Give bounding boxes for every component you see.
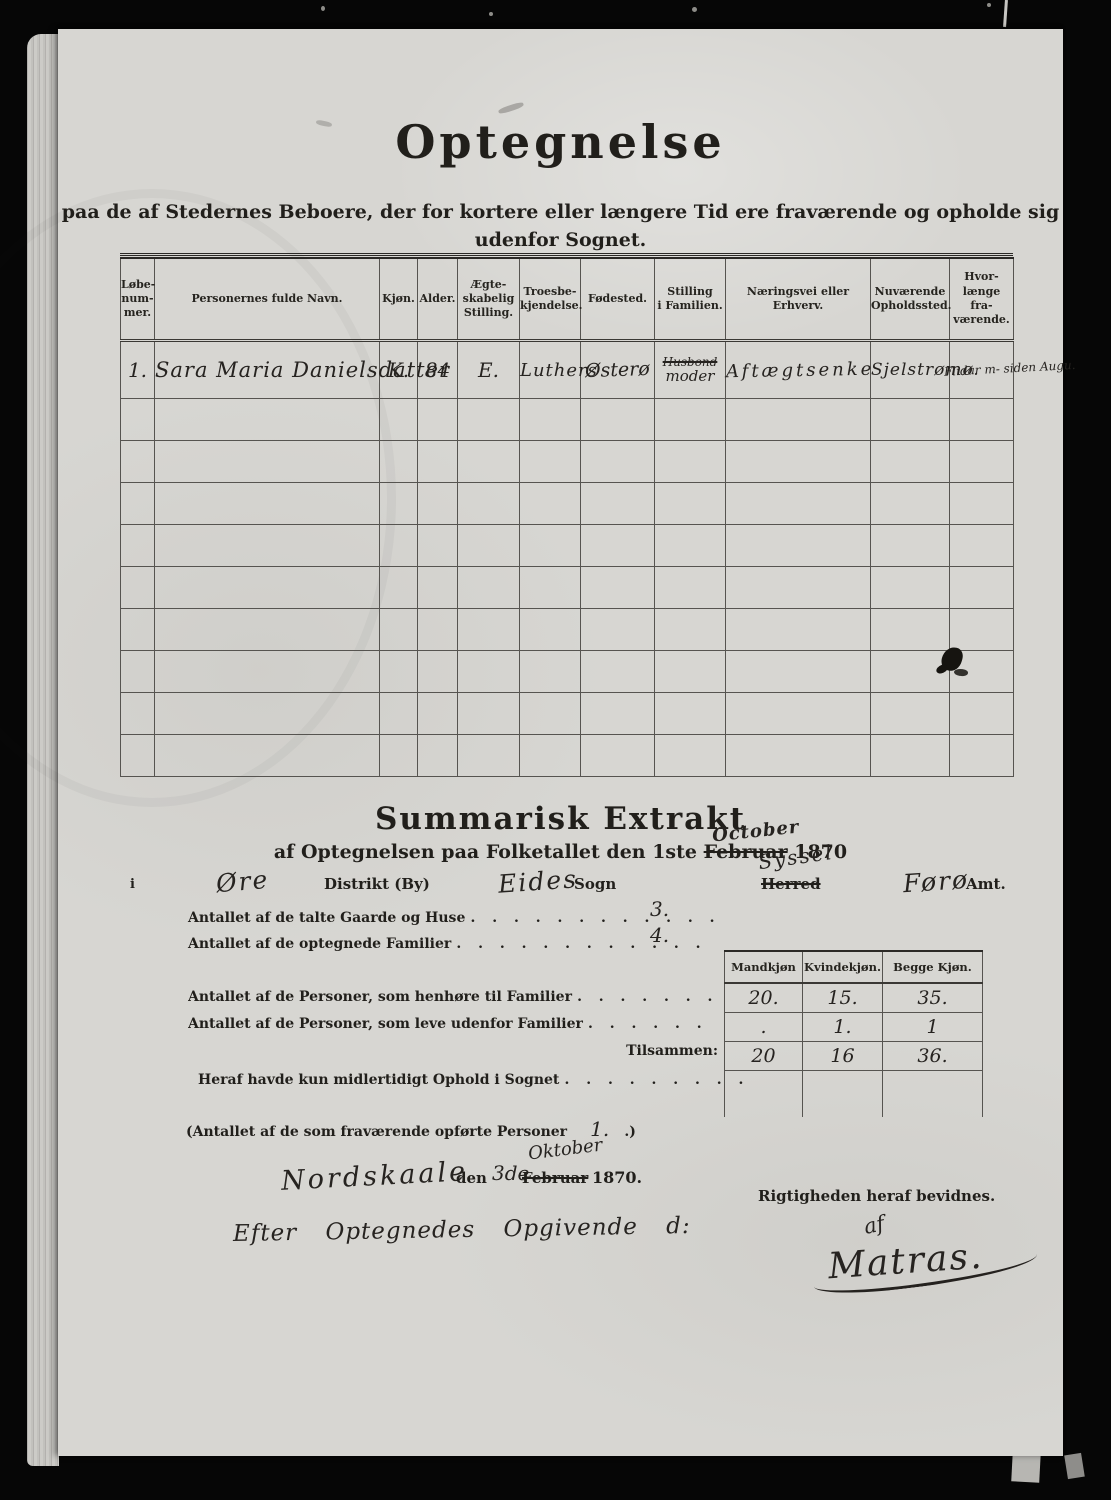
entry-absence-duration: Flidar m- siden Augu. [944, 361, 1014, 379]
cell-absence-duration: Flidar m- siden Augu. [950, 341, 1014, 399]
col-header-female: Kvindekjøn. [803, 951, 883, 983]
dot-leader: . . . . . . . . . . . . [588, 1016, 718, 1032]
empty-cell [950, 525, 1014, 567]
cell-birthplace: Østerø [581, 341, 655, 399]
in-families-line: Antallet af de Personer, som henhøre til… [188, 986, 718, 1005]
empty-cell [581, 609, 655, 651]
col-header-sex: Kjøn. [380, 258, 418, 341]
empty-cell [121, 525, 155, 567]
empty-cell [520, 609, 581, 651]
cell-number: 1. [121, 341, 155, 399]
record-table-body: 1. Sara Maria Danielsdatter K. 84 E. Lut… [121, 341, 1014, 777]
empty-row [121, 651, 1014, 693]
total-male: 20 [725, 1042, 803, 1071]
empty-cell [380, 483, 418, 525]
page-corner-tab [1011, 1451, 1041, 1482]
empty-tail-row [725, 1071, 983, 1118]
district-line: i Øre Distrikt (By) Eides Sogn Syssel He… [58, 869, 1063, 909]
empty-cell [458, 651, 520, 693]
outside-families-both: 1 [883, 1013, 983, 1042]
total-both: 36. [883, 1042, 983, 1071]
empty-cell [726, 651, 871, 693]
empty-cell [380, 441, 418, 483]
page-subtitle-line2: udenfor Sognet. [58, 229, 1063, 251]
empty-cell [520, 735, 581, 777]
dot-leader: . . . . . . . . . . . . [470, 910, 720, 926]
clerk-note: Efter Optegnedes Opgivende d: [233, 1213, 691, 1247]
col-header-occupation: Næringsvei eller Erhverv. [726, 258, 871, 341]
empty-cell [726, 693, 871, 735]
empty-cell [155, 567, 380, 609]
empty-cell [950, 735, 1014, 777]
absent-persons-line: (Antallet af de som fraværende opførte P… [186, 1117, 636, 1141]
empty-cell [458, 483, 520, 525]
registration-dot [692, 7, 697, 12]
empty-row [121, 441, 1014, 483]
total-line: Tilsammen: [488, 1040, 718, 1059]
empty-cell [950, 567, 1014, 609]
date-month-struck: Februar [522, 1169, 588, 1187]
record-table-header-row: Løbe- num- mer. Personernes fulde Navn. … [121, 258, 1014, 341]
empty-cell [380, 651, 418, 693]
amt-value: Førø [902, 865, 970, 899]
cell-occupation: Aftægtsenke [726, 341, 871, 399]
empty-cell [418, 609, 458, 651]
empty-cell [520, 651, 581, 693]
empty-cell [655, 567, 726, 609]
empty-cell [883, 1071, 983, 1118]
col-header-number: Løbe- num- mer. [121, 258, 155, 341]
sex-count-header-row: Mandkjøn Kvindekjøn. Begge Kjøn. [725, 951, 983, 983]
empty-cell [121, 399, 155, 441]
empty-cell [581, 483, 655, 525]
empty-cell [520, 525, 581, 567]
entry-birthplace: Østerø [585, 358, 650, 382]
empty-cell [581, 399, 655, 441]
families-label: Antallet af de optegnede Familier [188, 936, 451, 952]
empty-cell [121, 441, 155, 483]
date-year: 1870. [592, 1168, 642, 1187]
empty-row [121, 735, 1014, 777]
empty-cell [655, 525, 726, 567]
empty-cell [380, 399, 418, 441]
total-female: 16 [803, 1042, 883, 1071]
empty-cell [726, 483, 871, 525]
cell-name: Sara Maria Danielsdatter [155, 341, 380, 399]
col-header-age: Alder. [418, 258, 458, 341]
col-header-name: Personernes fulde Navn. [155, 258, 380, 341]
dot-leader: . . . . . . . . . . . . [577, 989, 718, 1005]
empty-cell [655, 441, 726, 483]
empty-cell [726, 735, 871, 777]
empty-cell [950, 693, 1014, 735]
sex-count-table: Mandkjøn Kvindekjøn. Begge Kjøn. 20. 15.… [724, 950, 983, 1117]
empty-cell [655, 399, 726, 441]
in-families-both: 35. [883, 983, 983, 1013]
cell-family-position: Husbond moder [655, 341, 726, 399]
empty-cell [121, 567, 155, 609]
empty-cell [871, 483, 950, 525]
empty-cell [380, 567, 418, 609]
empty-row [121, 525, 1014, 567]
empty-cell [726, 399, 871, 441]
farms-count-line: Antallet af de talte Gaarde og Huse . . … [188, 907, 721, 926]
empty-cell [380, 525, 418, 567]
col-header-birthplace: Fødested. [581, 258, 655, 341]
empty-cell [950, 441, 1014, 483]
outside-families-line: Antallet af de Personer, som leve udenfo… [188, 1013, 718, 1032]
empty-cell [871, 693, 950, 735]
empty-cell [871, 567, 950, 609]
in-families-male: 20. [725, 983, 803, 1013]
empty-cell [950, 483, 1014, 525]
registration-dot [987, 3, 991, 7]
empty-cell [950, 399, 1014, 441]
empty-cell [520, 441, 581, 483]
summary-subheading-prefix: af Optegnelsen paa Folketallet den 1ste [274, 841, 697, 863]
page-edge-streak [1003, 0, 1008, 27]
empty-cell [458, 399, 520, 441]
families-count-line: Antallet af de optegnede Familier . . . … [188, 933, 706, 952]
empty-cell [520, 483, 581, 525]
empty-cell [655, 693, 726, 735]
dot-leader: . . . . . . . . . . . . [564, 1072, 758, 1088]
empty-cell [803, 1071, 883, 1118]
empty-row [121, 483, 1014, 525]
temporary-stay-line: Heraf havde kun midlertidigt Ophold i So… [198, 1069, 758, 1088]
empty-cell [418, 483, 458, 525]
empty-cell [155, 651, 380, 693]
col-header-absence-duration: Hvor- længe fra- værende. [950, 258, 1014, 341]
total-label: Tilsammen: [626, 1043, 718, 1059]
parish-value: Eides [497, 864, 579, 899]
empty-cell [121, 651, 155, 693]
entry-age: 84 [425, 358, 450, 382]
col-header-religion: Troesbe- kjendelse. [520, 258, 581, 341]
empty-cell [581, 735, 655, 777]
record-entry-row: 1. Sara Maria Danielsdatter K. 84 E. Lut… [121, 341, 1014, 399]
herred-struck: Herred [761, 875, 821, 893]
record-table: Løbe- num- mer. Personernes fulde Navn. … [120, 257, 1014, 777]
empty-cell [726, 441, 871, 483]
empty-cell [155, 441, 380, 483]
registration-dot [321, 6, 325, 11]
empty-cell [155, 735, 380, 777]
date-label: den [456, 1169, 487, 1187]
empty-cell [458, 567, 520, 609]
empty-cell [418, 693, 458, 735]
empty-cell [581, 693, 655, 735]
empty-cell [655, 609, 726, 651]
empty-cell [155, 399, 380, 441]
record-table-wrapper: Løbe- num- mer. Personernes fulde Navn. … [120, 253, 1013, 777]
registration-dot [489, 12, 493, 16]
empty-cell [155, 483, 380, 525]
census-form-page: Optegnelse paa de af Stedernes Beboere, … [58, 29, 1063, 1456]
empty-cell [520, 693, 581, 735]
empty-cell [380, 609, 418, 651]
cell-marital: E. [458, 341, 520, 399]
empty-row [121, 399, 1014, 441]
empty-cell [581, 651, 655, 693]
entry-family-position: moder [655, 368, 725, 385]
margin-letter: i [130, 877, 135, 892]
empty-cell [726, 609, 871, 651]
empty-cell [520, 399, 581, 441]
empty-cell [418, 441, 458, 483]
empty-cell [458, 609, 520, 651]
empty-row [121, 693, 1014, 735]
col-header-family-position: Stilling i Familien. [655, 258, 726, 341]
col-header-residence: Nuværende Opholdssted. [871, 258, 950, 341]
empty-cell [871, 441, 950, 483]
empty-cell [418, 399, 458, 441]
page-subtitle-line1: paa de af Stedernes Beboere, der for kor… [58, 201, 1063, 223]
empty-cell [655, 483, 726, 525]
entry-marital: E. [478, 358, 499, 382]
in-families-values-row: 20. 15. 35. [725, 983, 983, 1013]
families-value: 4. [650, 923, 669, 947]
empty-cell [726, 567, 871, 609]
empty-cell [418, 567, 458, 609]
empty-cell [380, 735, 418, 777]
attestation-by: af [862, 1211, 887, 1239]
empty-cell [458, 525, 520, 567]
absent-persons-label: (Antallet af de som fraværende opførte P… [186, 1124, 567, 1140]
empty-cell [418, 735, 458, 777]
district-label: Distrikt (By) [324, 875, 430, 893]
summary-heading: Summarisk Extrakt [58, 801, 1063, 837]
empty-cell [155, 693, 380, 735]
page-corner-tab [1064, 1453, 1085, 1479]
empty-cell [520, 567, 581, 609]
empty-cell [871, 609, 950, 651]
in-families-label: Antallet af de Personer, som henhøre til… [188, 989, 572, 1005]
outside-families-female: 1. [803, 1013, 883, 1042]
empty-row [121, 567, 1014, 609]
empty-cell [655, 735, 726, 777]
page-title: Optegnelse [58, 115, 1063, 169]
empty-cell [581, 441, 655, 483]
col-header-male: Mandkjøn [725, 951, 803, 983]
empty-cell [418, 651, 458, 693]
entry-occupation: Aftægtsenke [726, 358, 875, 382]
ink-smudge [498, 101, 525, 115]
empty-cell [871, 399, 950, 441]
entry-number: 1. [128, 358, 147, 382]
empty-cell [726, 525, 871, 567]
outside-families-male: . [725, 1013, 803, 1042]
empty-cell [871, 735, 950, 777]
cell-residence: Sjelstrømø. [871, 341, 950, 399]
parish-label: Sogn [574, 875, 616, 893]
empty-cell [121, 735, 155, 777]
farms-label: Antallet af de talte Gaarde og Huse [188, 910, 465, 926]
place-handwritten: Nordskaale [280, 1156, 468, 1197]
empty-cell [458, 735, 520, 777]
empty-cell [458, 441, 520, 483]
empty-cell [581, 567, 655, 609]
empty-cell [121, 693, 155, 735]
cell-religion: Luthers [520, 341, 581, 399]
outside-families-label: Antallet af de Personer, som leve udenfo… [188, 1016, 583, 1032]
empty-cell [871, 525, 950, 567]
col-header-both: Begge Kjøn. [883, 951, 983, 983]
attestation-text: Rigtigheden heraf bevidnes. [758, 1187, 995, 1205]
empty-cell [121, 483, 155, 525]
outside-families-values-row: . 1. 1 [725, 1013, 983, 1042]
empty-row [121, 609, 1014, 651]
empty-cell [655, 651, 726, 693]
empty-cell [581, 525, 655, 567]
in-families-female: 15. [803, 983, 883, 1013]
total-values-row: 20 16 36. [725, 1042, 983, 1071]
empty-cell [950, 609, 1014, 651]
empty-cell [418, 525, 458, 567]
empty-cell [458, 693, 520, 735]
empty-cell [155, 525, 380, 567]
entry-family-position-struck: Husbond [655, 356, 725, 368]
empty-cell [155, 609, 380, 651]
col-header-marital: Ægte- skabelig Stilling. [458, 258, 520, 341]
temporary-stay-label: Heraf havde kun midlertidigt Ophold i So… [198, 1072, 559, 1088]
district-value: Øre [215, 865, 271, 899]
amt-label: Amt. [966, 875, 1006, 893]
entry-sex: K. [388, 358, 409, 382]
farms-value: 3. [650, 897, 669, 921]
absent-persons-close: .) [624, 1124, 636, 1140]
summary-subheading: af Optegnelsen paa Folketallet den 1ste … [58, 841, 1063, 863]
empty-cell [380, 693, 418, 735]
empty-cell [121, 609, 155, 651]
